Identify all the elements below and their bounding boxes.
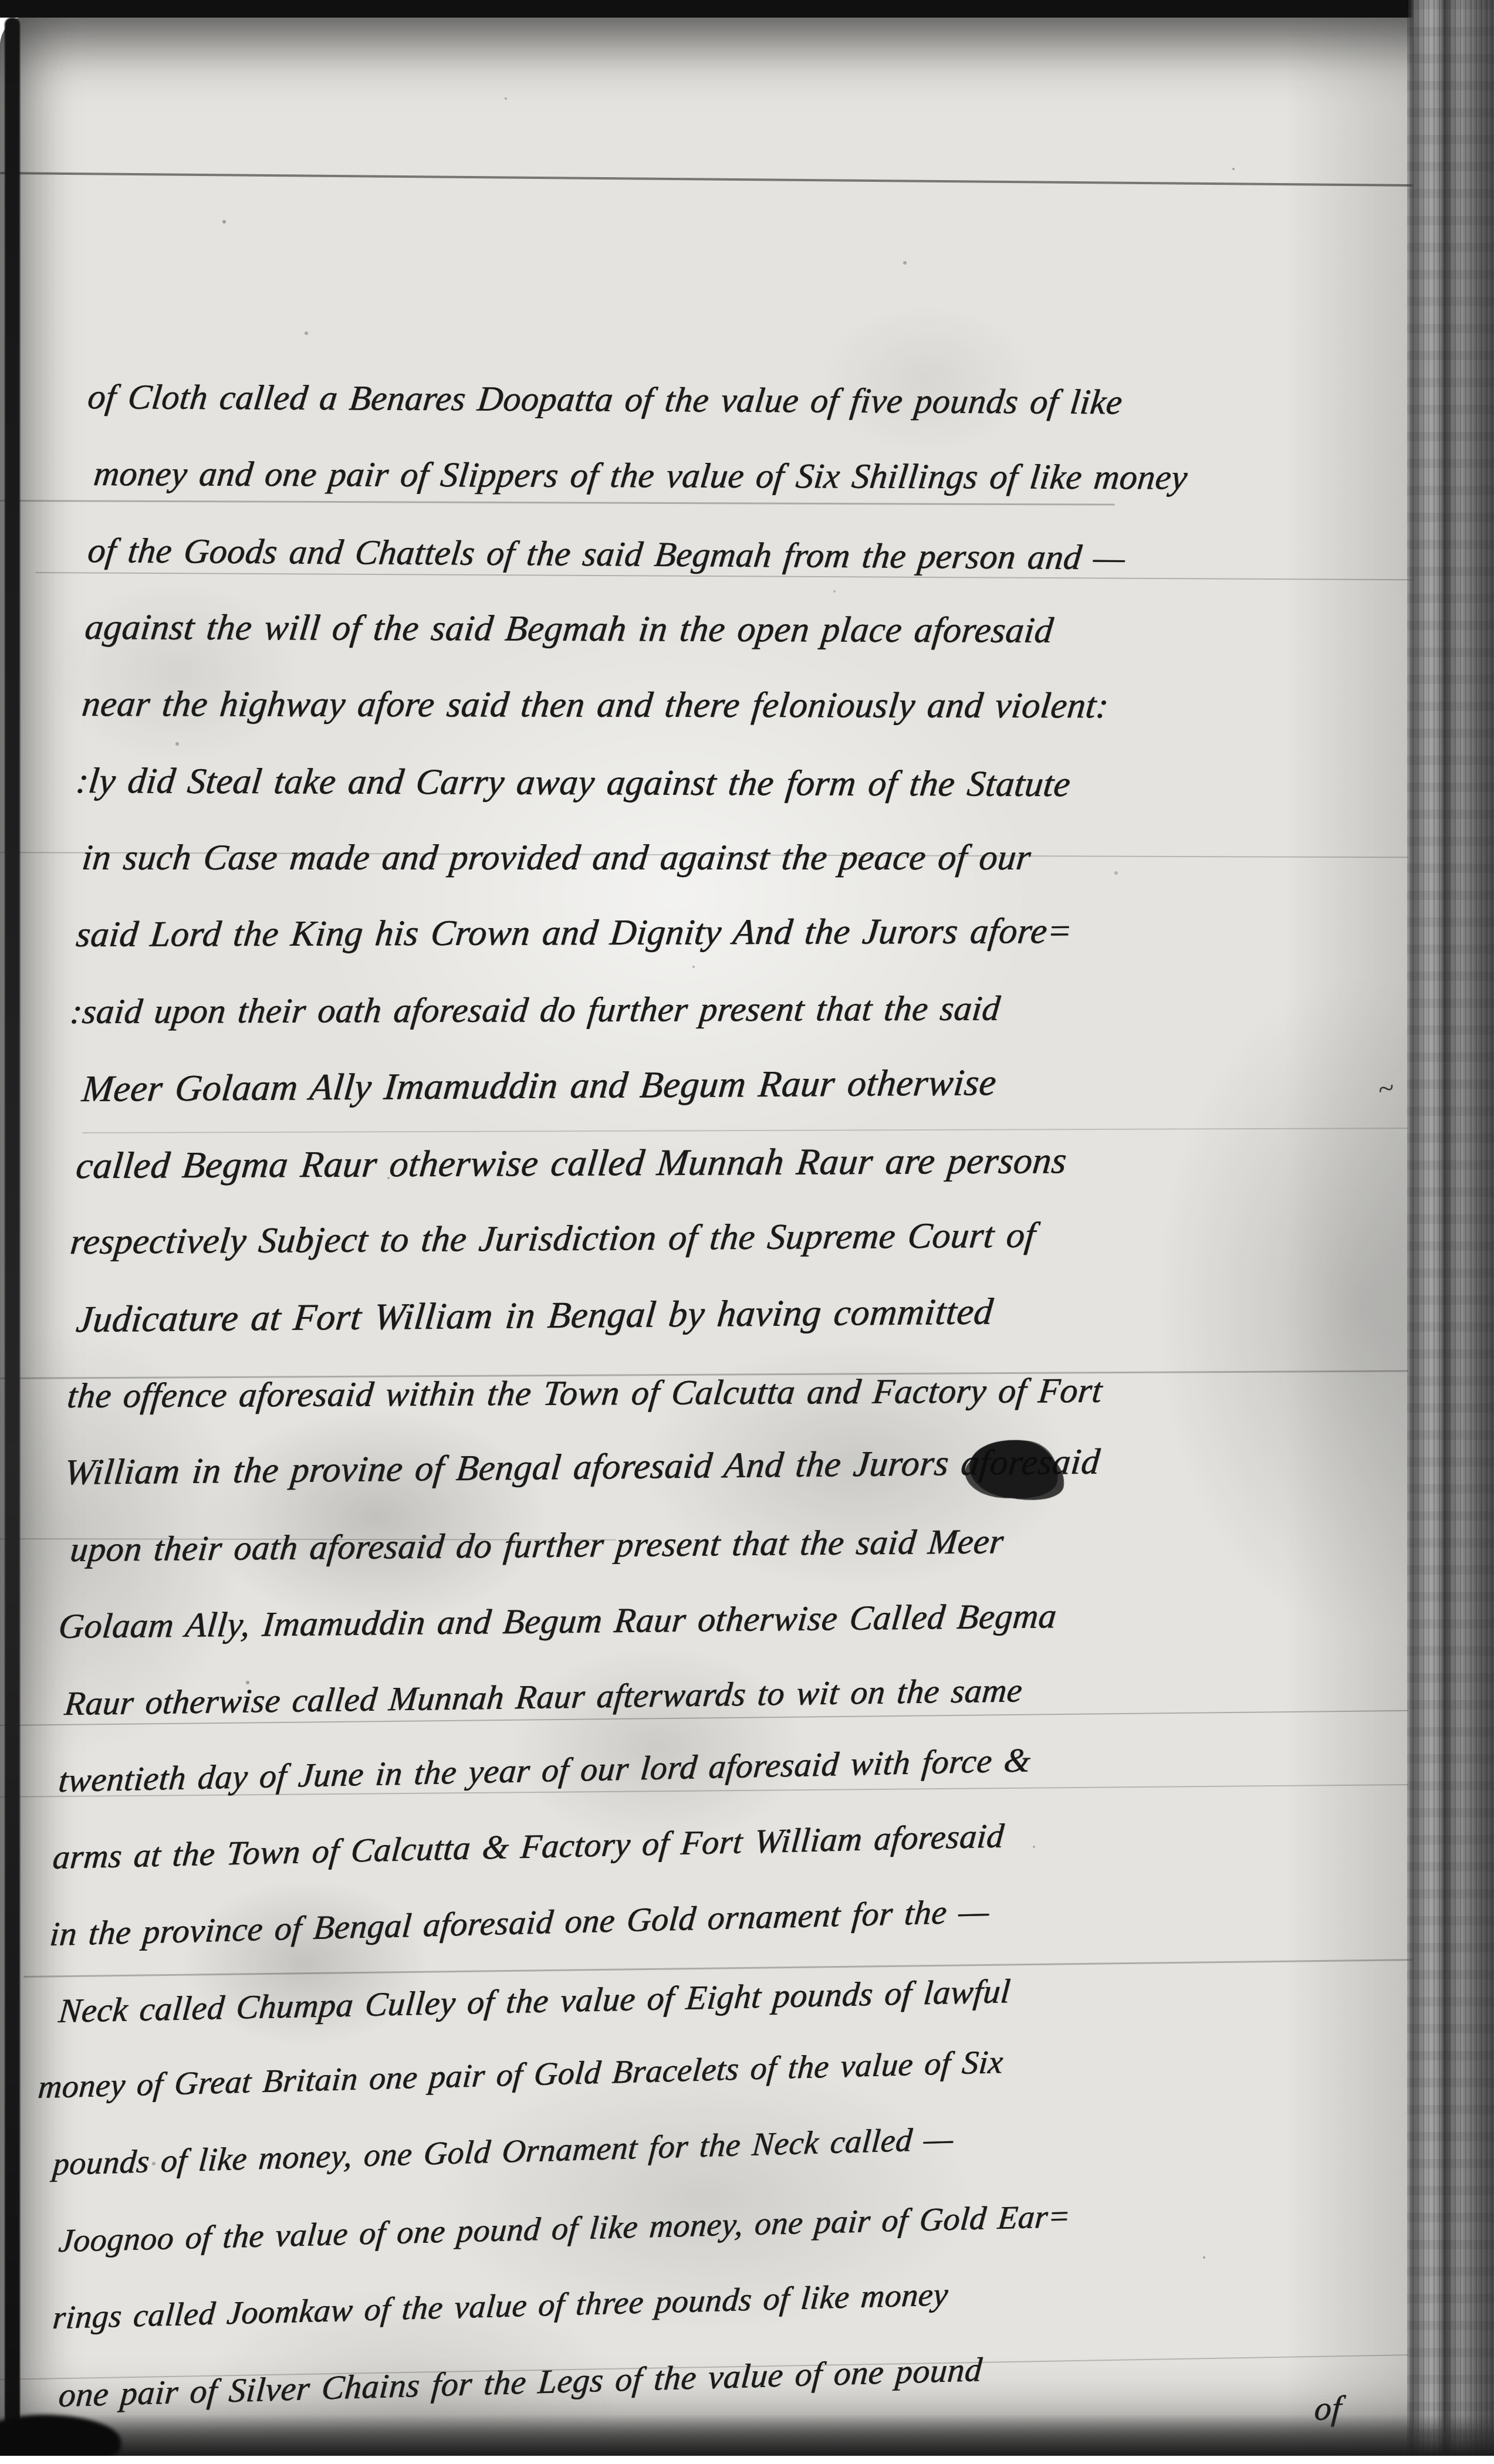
manuscript-line-13: Judicature at Fort William in Bengal by …	[73, 1268, 1494, 1358]
scan-bottom-shadow	[0, 2415, 1494, 2456]
page-left-edge-line	[5, 18, 20, 2426]
manuscript-line-6: :ly did Steal take and Carry away agains…	[72, 743, 1494, 824]
manuscript-line-12: respectively Subject to the Jurisdiction…	[67, 1194, 1494, 1281]
book-binding-edge	[1407, 0, 1494, 2464]
manuscript-line-3: of the Goods and Chattels of the said Be…	[84, 512, 1494, 599]
manuscript-line-4: against the will of the said Begmah in t…	[81, 589, 1494, 671]
manuscript-line-2: money and one pair of Slippers of the va…	[90, 435, 1494, 517]
manuscript-line-1: of Cloth called a Benares Doopatta of th…	[84, 358, 1494, 442]
scan-bottom-margin	[0, 2456, 1494, 2464]
scan-top-edge	[0, 0, 1494, 18]
manuscript-line-15: William in the provine of Bengal aforesa…	[61, 1419, 1494, 1511]
manuscript-text: of Cloth called a Benares Doopatta of th…	[0, 358, 1494, 2433]
manuscript-scan: of Cloth called a Benares Doopatta of th…	[0, 0, 1494, 2464]
manuscript-page: of Cloth called a Benares Doopatta of th…	[0, 15, 1494, 2457]
manuscript-line-11: called Begma Raur otherwise called Munna…	[72, 1119, 1494, 1204]
manuscript-line-5: near the highway afore said then and the…	[78, 666, 1494, 745]
manuscript-line-10: Meer Golaam Ally Imamuddin and Begum Rau…	[79, 1040, 1494, 1127]
manuscript-line-7: in such Case made and provided and again…	[78, 820, 1494, 896]
manuscript-line-9: :said upon their oath aforesaid do furth…	[66, 969, 1494, 1051]
manuscript-line-8: said Lord the King his Crown and Dignity…	[72, 892, 1494, 973]
